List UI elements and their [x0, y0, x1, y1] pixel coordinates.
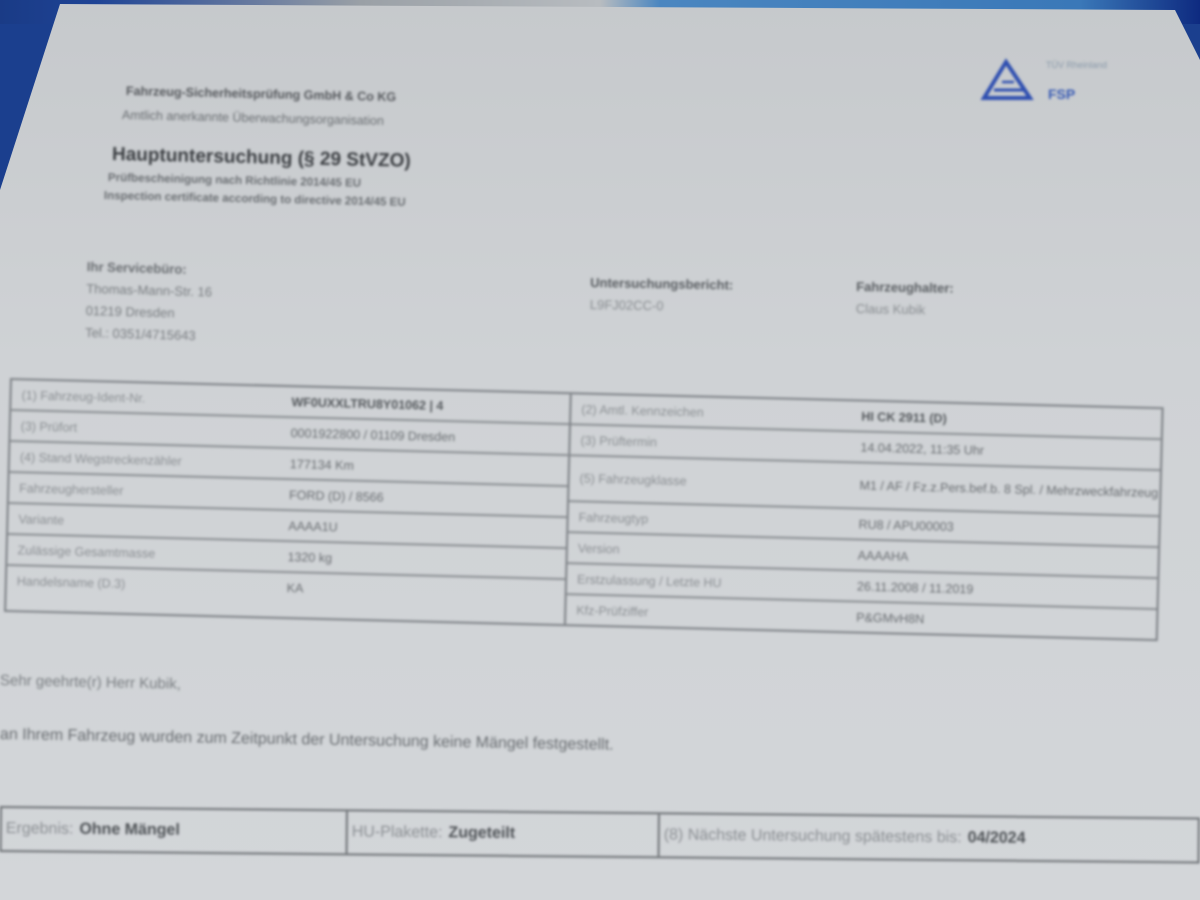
field-value: 26.11.2008 / 11.2019 [857, 579, 1157, 601]
field-value: M1 / AF / Fz.z.Pers.bef.b. 8 Spl. / Mehr… [859, 479, 1159, 501]
letter-greeting: Sehr geehrte(r) Herr Kubik, [0, 672, 181, 693]
letter-body: an Ihrem Fahrzeug wurden zum Zeitpunkt d… [0, 726, 614, 755]
field-label: Fahrzeughersteller [9, 481, 289, 502]
service-office: Ihr Servicebüro: Thomas-Mann-Str. 16 012… [85, 256, 213, 347]
next-inspection-value: 04/2024 [968, 829, 1026, 848]
vehicle-table-left-column: (1) Fahrzeug-Ident-Nr.WF0UXXLTRU8Y01062 … [6, 380, 572, 624]
field-label: Version [568, 541, 858, 562]
result-cell: Ergebnis: Ohne Mängel [2, 808, 348, 853]
holder-block: Fahrzeughalter: Claus Kubik [856, 276, 954, 322]
subtitle-de: Prüfbescheinigung nach Richtlinie 2014/4… [108, 172, 361, 190]
logo-brand-line: TÜV Rheinland [1046, 60, 1107, 70]
field-value: AAAA1U [288, 519, 566, 540]
field-label: Variante [8, 512, 288, 533]
field-label: Handelsname (D.3) [7, 573, 287, 594]
field-label: (1) Fahrzeug-Ident-Nr. [11, 388, 291, 409]
company-subtitle: Amtlich anerkannte Überwachungsorganisat… [122, 108, 384, 128]
field-value: 1320 kg [287, 550, 565, 571]
document-title: Hauptuntersuchung (§ 29 StVZO) [112, 144, 411, 173]
plakette-cell: HU-Plakette: Zugeteilt [348, 811, 660, 856]
field-value: KA [287, 581, 565, 602]
service-office-phone: Tel.: 0351/4715643 [85, 322, 211, 348]
field-value: P&GMvH8N [856, 610, 1156, 632]
next-inspection-cell: (8) Nächste Untersuchung spätestens bis:… [660, 814, 1198, 861]
field-label: Fahrzeugtyp [568, 510, 858, 531]
result-box: Ergebnis: Ohne Mängel HU-Plakette: Zuget… [0, 806, 1200, 864]
vehicle-table-right-column: (2) Amtl. KennzeichenHI CK 2911 (D)(3) P… [566, 394, 1162, 639]
result-value: Ohne Mängel [79, 821, 180, 840]
holder-value: Claus Kubik [856, 298, 954, 322]
report-value: L9FJ02CC-0 [590, 294, 733, 318]
field-label: (2) Amtl. Kennzeichen [571, 402, 861, 423]
company-name: Fahrzeug-Sicherheitsprüfung GmbH & Co KG [126, 84, 396, 104]
field-value: AAAAHA [858, 548, 1158, 570]
field-value: 14.04.2022, 11:35 Uhr [860, 440, 1160, 462]
document-content: Fahrzeug-Sicherheitsprüfung GmbH & Co KG… [0, 0, 1200, 900]
field-value: 177134 Km [290, 457, 568, 478]
logo-brand: FSP [1048, 86, 1075, 102]
field-value: HI CK 2911 (D) [861, 409, 1161, 431]
result-label: Ergebnis: [6, 820, 74, 839]
field-label: (4) Stand Wegstreckenzähler [10, 450, 290, 471]
field-value: FORD (D) / 8566 [289, 488, 567, 509]
plakette-label: HU-Plakette: [352, 823, 443, 842]
field-label: Zulässige Gesamtmasse [7, 542, 287, 563]
field-label: Erstzulassung / Letzte HU [567, 572, 857, 593]
field-value: WF0UXXLTRU8Y01062 | 4 [291, 395, 569, 416]
plakette-value: Zugeteilt [448, 824, 515, 843]
report-label: Untersuchungsbericht: [590, 272, 733, 296]
subtitle-en: Inspection certificate according to dire… [104, 190, 406, 209]
field-label: (5) Fahrzeugklasse [569, 471, 859, 492]
report-block: Untersuchungsbericht: L9FJ02CC-0 [590, 272, 734, 318]
field-label: (3) Prüftermin [570, 433, 860, 454]
field-label: (3) Prüfort [11, 419, 291, 440]
triangle-logo-icon [980, 58, 1036, 104]
field-value: RU8 / APU00003 [858, 517, 1158, 539]
holder-label: Fahrzeughalter: [856, 276, 954, 300]
vehicle-data-table: (1) Fahrzeug-Ident-Nr.WF0UXXLTRU8Y01062 … [4, 378, 1164, 641]
field-label: Kfz-Prüfziffer [566, 603, 856, 624]
field-value: 0001922800 / 01109 Dresden [291, 426, 569, 447]
next-inspection-label: (8) Nächste Untersuchung spätestens bis: [664, 826, 962, 847]
